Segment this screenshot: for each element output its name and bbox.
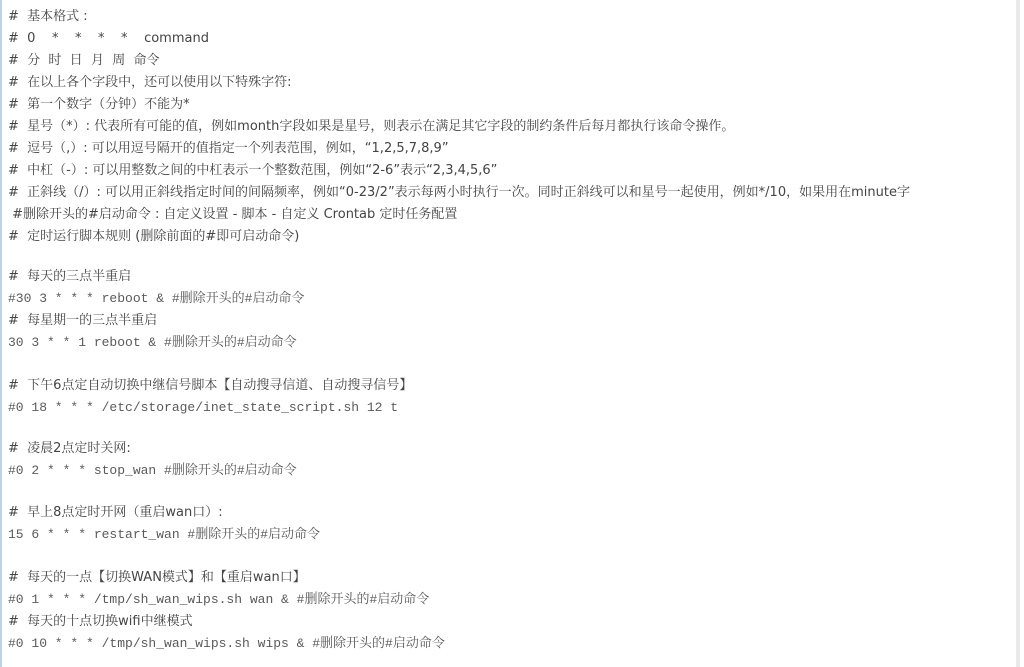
cron-command-line: #30 3 * * * reboot & #删除开头的#启动命令 (8, 288, 304, 310)
cron-command-line: 15 6 * * * restart_wan #删除开头的#启动命令 (8, 524, 320, 546)
cron-command-line: #0 18 * * * /etc/storage/inet_state_scri… (8, 397, 398, 419)
comment-line: # 0 * * * * command (8, 28, 209, 50)
comment-line: # 基本格式 : (8, 6, 88, 28)
crontab-code-block: # 基本格式 :# 0 * * * * command# 分 时 日 月 周 命… (0, 0, 1020, 667)
comment-line: # 正斜线（/）: 可以用正斜线指定时间的间隔频率，例如“0-23/2”表示每两… (8, 182, 910, 204)
comment-line: # 每天的十点切换wifi中继模式 (8, 611, 193, 633)
comment-line: # 下午6点定自动切换中继信号脚本【自动搜寻信道、自动搜寻信号】 (8, 375, 412, 397)
comment-line: # 每天的三点半重启 (8, 266, 131, 288)
comment-line: # 每天的一点【切换WAN模式】和【重启wan口】 (8, 567, 306, 589)
comment-line: # 凌晨2点定时关网: (8, 438, 131, 460)
comment-line: # 每星期一的三点半重启 (8, 310, 157, 332)
comment-line: # 早上8点定时开网（重启wan口）: (8, 502, 223, 524)
comment-line: # 分 时 日 月 周 命令 (8, 50, 159, 72)
comment-line: #删除开头的#启动命令 : 自定义设置 - 脚本 - 自定义 Crontab 定… (8, 204, 457, 226)
comment-line: # 中杠（-）: 可以用整数之间的中杠表示一个整数范围，例如“2-6”表示“2,… (8, 160, 497, 182)
comment-line: # 定时运行脚本规则 (删除前面的#即可启动命令) (8, 226, 299, 248)
cron-command-line: #0 2 * * * stop_wan #删除开头的#启动命令 (8, 460, 297, 482)
cron-command-line: #0 10 * * * /tmp/sh_wan_wips.sh wips & #… (8, 633, 445, 655)
comment-line: # 在以上各个字段中，还可以使用以下特殊字符: (8, 72, 292, 94)
comment-line: # 逗号（,）: 可以用逗号隔开的值指定一个列表范围，例如，“1,2,5,7,8… (8, 138, 449, 160)
cron-command-line: #0 1 * * * /tmp/sh_wan_wips.sh wan & #删除… (8, 589, 429, 611)
comment-line: # 第一个数字（分钟）不能为* (8, 94, 190, 116)
cron-command-line: 30 3 * * 1 reboot & #删除开头的#启动命令 (8, 332, 297, 354)
comment-line: # 星号（*）: 代表所有可能的值，例如month字段如果是星号，则表示在满足其… (8, 116, 734, 138)
